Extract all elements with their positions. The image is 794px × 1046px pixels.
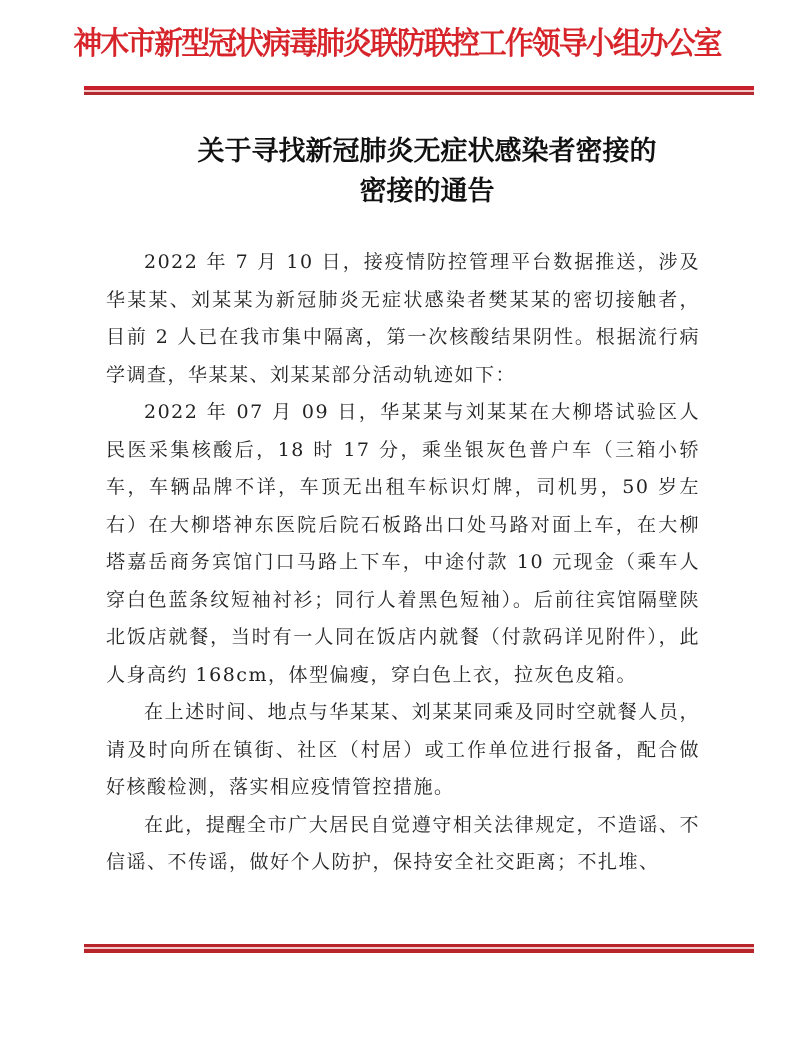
divider-thick-line [84, 949, 754, 953]
notice-title-line-2: 密接的通告 [0, 172, 794, 212]
paragraph-reminder: 在此，提醒全市广大居民自觉遵守相关法律规定，不造谣、不信谣、不传谣，做好个人防护… [106, 807, 700, 882]
notice-body: 2022 年 7 月 10 日，接疫情防控管理平台数据推送，涉及华某某、刘某某为… [106, 244, 700, 882]
notice-title: 关于寻找新冠肺炎无症状感染者密接的 密接的通告 [0, 132, 794, 212]
paragraph-announcement: 2022 年 7 月 10 日，接疫情防控管理平台数据推送，涉及华某某、刘某某为… [106, 244, 700, 394]
letterhead-divider-bottom [84, 944, 754, 953]
letterhead-org-name: 神木市新型冠状病毒肺炎联防联控工作领导小组办公室 [28, 22, 766, 66]
divider-thin-line [84, 92, 754, 95]
paragraph-report-request: 在上述时间、地点与华某某、刘某某同乘及同时空就餐人员，请及时向所在镇街、社区（村… [106, 694, 700, 807]
paragraph-activity-trace: 2022 年 07 月 09 日，华某某与刘某某在大柳塔试验区人民医采集核酸后，… [106, 394, 700, 694]
notice-title-line-1: 关于寻找新冠肺炎无症状感染者密接的 [0, 132, 794, 172]
letterhead-divider-top [84, 86, 754, 95]
